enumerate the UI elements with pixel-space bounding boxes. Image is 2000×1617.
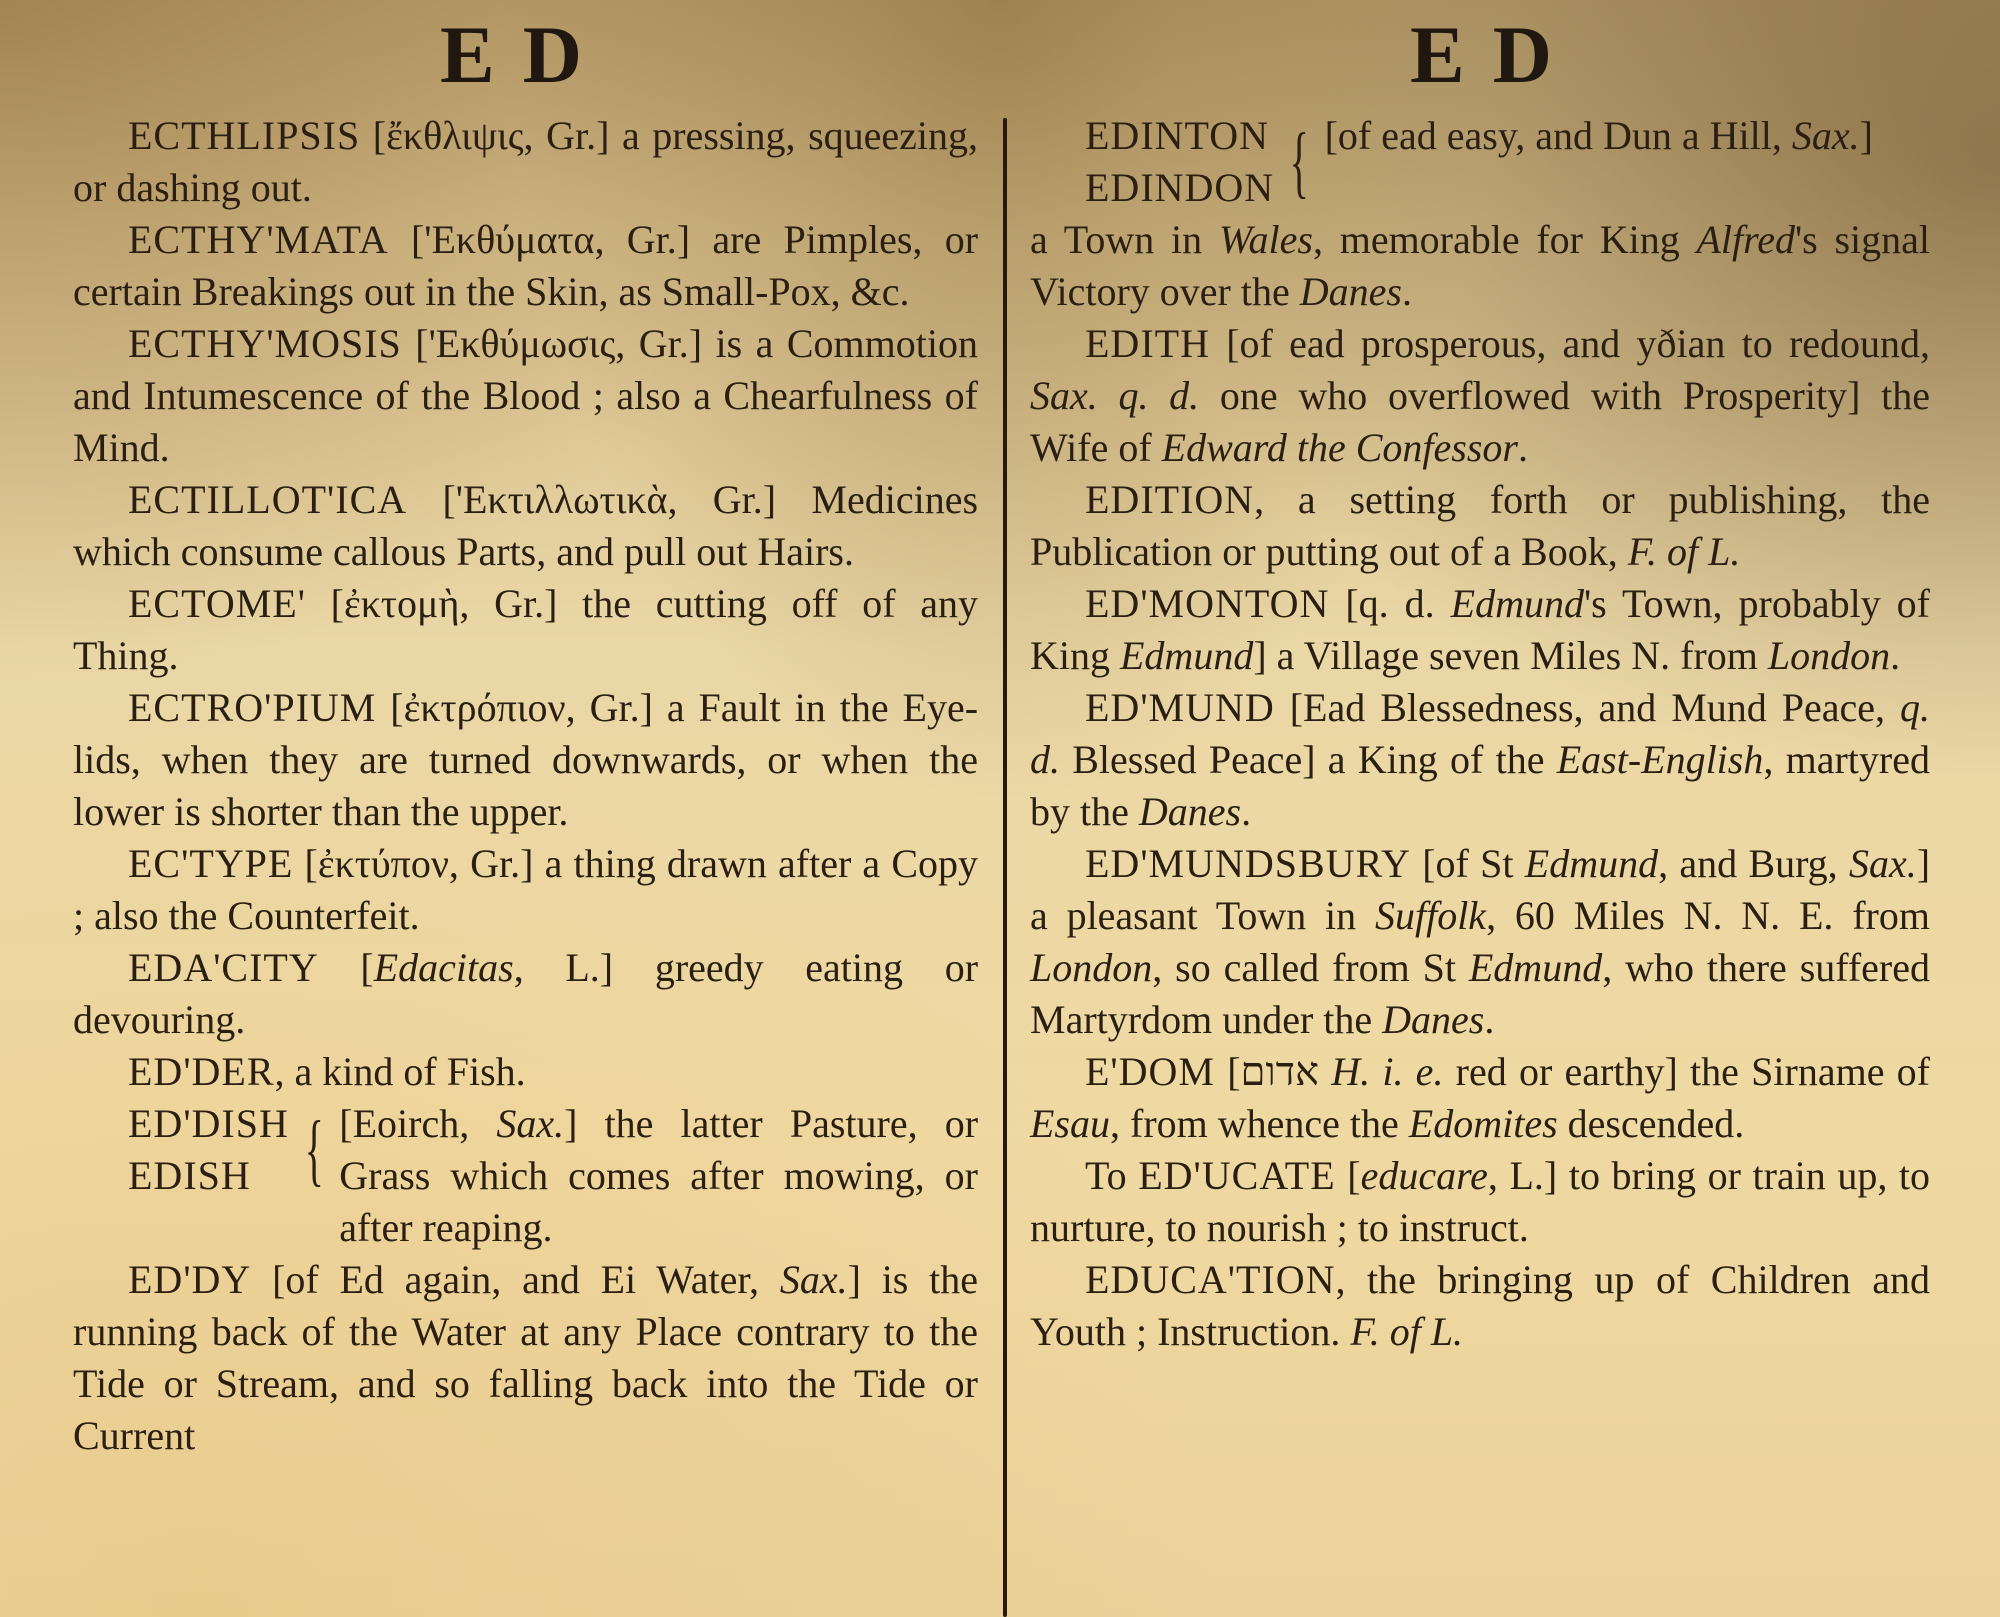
entry-body: [Eoirch, Sax.] the latter Pasture, or Gr…: [339, 1098, 978, 1254]
headword-group: EDINTON EDINDON: [1030, 110, 1274, 214]
headword: ED'UCATE: [1138, 1153, 1335, 1198]
headword: ECTHLIPSIS: [128, 113, 360, 158]
headword: EDINTON: [1085, 110, 1274, 162]
etymology-open: [: [1347, 1153, 1360, 1198]
definition: ] a Village seven Miles N. from: [1253, 633, 1768, 678]
people-name: East-English: [1557, 737, 1764, 782]
headword-prefix: To: [1085, 1153, 1127, 1198]
entry-body: [of ead easy, and Dun a Hill, Sax.]: [1325, 110, 1930, 214]
person-name: Esau: [1030, 1101, 1110, 1146]
headword: ED'MUNDSBURY: [1085, 841, 1411, 886]
etymology-open: [of ead prosperous, and yðian to redound…: [1226, 321, 1930, 366]
definition: , memorable for King: [1313, 217, 1696, 262]
punctuation: .: [1890, 633, 1900, 678]
entry-edinton: EDINTON EDINDON { [of ead easy, and Dun …: [1030, 110, 1930, 214]
headword: ECTILLOT'ICA: [128, 477, 407, 522]
etymology-lang: Sax. q. d.: [1030, 373, 1199, 418]
right-running-header: ED: [1410, 8, 1580, 102]
etymology-hebrew: [אדום: [1227, 1049, 1331, 1094]
headword: ED'DISH: [128, 1098, 289, 1150]
etymology-close: ]: [848, 1257, 861, 1302]
definition: the Sirname of: [1678, 1049, 1930, 1094]
definition: , so called from St: [1152, 945, 1469, 990]
people-name: Danes: [1300, 269, 1402, 314]
punctuation: .: [1484, 997, 1494, 1042]
definition: a Town in: [1030, 217, 1219, 262]
person-name: Edmund: [1525, 841, 1658, 886]
punctuation: .: [1402, 269, 1412, 314]
etymology-lang: Sax.: [780, 1257, 848, 1302]
headword-group: ED'DISH EDISH: [73, 1098, 289, 1254]
source-note: F. of L.: [1628, 529, 1741, 574]
person-name: Edmund: [1120, 633, 1253, 678]
brace-icon: {: [1290, 110, 1309, 214]
entry-edmonton: ED'MONTON [q. d. Edmund's Town, probably…: [1030, 578, 1930, 682]
etymology: [ἐκτύπον, Gr.]: [305, 841, 534, 886]
column-divider: [1003, 118, 1007, 1617]
etymology-open: [of Ed again, and Ei Water,: [272, 1257, 759, 1302]
etymology-open: [Eoirch,: [339, 1101, 496, 1146]
headword: E'DOM: [1085, 1049, 1215, 1094]
etymology-lang: Sax.: [496, 1101, 564, 1146]
etymology: [ἔκθλιψις, Gr.]: [373, 113, 610, 158]
entry-ectillotica: ECTILLOT'ICA ['Εκτιλλωτικὰ, Gr.] Medicin…: [73, 474, 978, 578]
entry-ectype: EC'TYPE [ἐκτύπον, Gr.] a thing drawn aft…: [73, 838, 978, 942]
people-name: Danes: [1139, 789, 1241, 834]
entry-edacity: EDA'CITY [Edacitas, L.] greedy eating or…: [73, 942, 978, 1046]
etymology-open: [q. d.: [1345, 581, 1450, 626]
entry-eddish: ED'DISH EDISH { [Eoirch, Sax.] the latte…: [73, 1098, 978, 1254]
etymology-close: ]: [1860, 113, 1873, 158]
person-name: Edmund: [1469, 945, 1602, 990]
headword: ECTHY'MATA: [128, 217, 389, 262]
definition: a pleasant Town in: [1030, 893, 1375, 938]
etymology: ['Εκτιλλωτικὰ, Gr.]: [442, 477, 776, 522]
entry-edom: E'DOM [אדום H. i. e. red or earthy] the …: [1030, 1046, 1930, 1150]
etymology-close: , L.]: [1488, 1153, 1557, 1198]
entry-edder: ED'DER, a kind of Fish.: [73, 1046, 978, 1098]
entry-edition: EDITION, a setting forth or publishing, …: [1030, 474, 1930, 578]
headword: ECTRO'PIUM: [128, 685, 376, 730]
etymology-close: ]: [564, 1101, 577, 1146]
headword: ECTOME': [128, 581, 306, 626]
etymology-close: , L.]: [514, 945, 613, 990]
headword: EDUCA'TION: [1085, 1257, 1336, 1302]
entry-ecthlipsis: ECTHLIPSIS [ἔκθλιψις, Gr.] a pressing, s…: [73, 110, 978, 214]
brace-icon: {: [304, 1098, 323, 1254]
headword: ED'MUND: [1085, 685, 1275, 730]
punctuation: .: [1518, 425, 1528, 470]
etymology-abbrev: H. i. e.: [1331, 1049, 1443, 1094]
headword: EDITH: [1085, 321, 1210, 366]
headword: ED'DER: [128, 1049, 275, 1094]
etymology-name: Edmund: [1451, 581, 1584, 626]
headword: ED'DY: [128, 1257, 251, 1302]
entry-edith: EDITH [of ead prosperous, and yðian to r…: [1030, 318, 1930, 474]
etymology: ['Εκθύμωσις, Gr.]: [415, 321, 702, 366]
etymology-close: Blessed Peace]: [1060, 737, 1316, 782]
etymology-close: one who overflowed with Prosperity]: [1199, 373, 1860, 418]
definition: , from whence the: [1110, 1101, 1409, 1146]
etymology-open: [Ead Blessedness, and Mund Peace,: [1290, 685, 1900, 730]
person-name: Alfred: [1696, 217, 1795, 262]
headword: ED'MONTON: [1085, 581, 1329, 626]
definition: , a kind of Fish.: [275, 1049, 526, 1094]
etymology-open: [of ead easy, and Dun a Hill,: [1325, 113, 1792, 158]
headword: ECTHY'MOSIS: [128, 321, 402, 366]
entry-ecthymosis: ECTHY'MOSIS ['Εκθύμωσις, Gr.] is a Commo…: [73, 318, 978, 474]
headword-variant: EDINDON: [1085, 162, 1274, 214]
entry-edmundsbury: ED'MUNDSBURY [of St Edmund, and Burg, Sa…: [1030, 838, 1930, 1046]
etymology: ['Εκθύματα, Gr.]: [411, 217, 690, 262]
left-running-header: ED: [440, 8, 610, 102]
right-column: EDINTON EDINDON { [of ead easy, and Dun …: [1030, 110, 1930, 1358]
definition: descended.: [1558, 1101, 1745, 1146]
etymology: [ἐκτρόπιον, Gr.]: [390, 685, 653, 730]
entry-ectropium: ECTRO'PIUM [ἐκτρόπιον, Gr.] a Fault in t…: [73, 682, 978, 838]
place-name: Wales: [1219, 217, 1313, 262]
etymology-latin: Edacitas: [374, 945, 514, 990]
dictionary-page: ED ED ECTHLIPSIS [ἔκθλιψις, Gr.] a press…: [0, 0, 2000, 1617]
definition: a King of the: [1316, 737, 1557, 782]
place-name: London: [1768, 633, 1890, 678]
headword: EDITION: [1085, 477, 1254, 522]
headword: EDA'CITY: [128, 945, 319, 990]
etymology-text: , and Burg,: [1658, 841, 1849, 886]
left-column: ECTHLIPSIS [ἔκθλιψις, Gr.] a pressing, s…: [73, 110, 978, 1462]
etymology-lang: Sax.: [1849, 841, 1917, 886]
etymology-open: [: [360, 945, 373, 990]
headword: EC'TYPE: [128, 841, 293, 886]
etymology-lang: Sax.: [1792, 113, 1860, 158]
entry-ectome: ECTOME' [ἐκτομὴ, Gr.] the cutting off of…: [73, 578, 978, 682]
etymology-latin: educare: [1361, 1153, 1488, 1198]
entry-edinton-definition: a Town in Wales, memorable for King Alfr…: [1030, 214, 1930, 318]
etymology-close: ]: [1917, 841, 1930, 886]
etymology-close: red or earthy]: [1443, 1049, 1677, 1094]
entry-edmund: ED'MUND [Ead Blessedness, and Mund Peace…: [1030, 682, 1930, 838]
headword-variant: EDISH: [128, 1150, 289, 1202]
definition: , 60 Miles N. N. E. from: [1486, 893, 1930, 938]
people-name: Danes: [1382, 997, 1484, 1042]
punctuation: .: [1241, 789, 1251, 834]
etymology-open: [of St: [1422, 841, 1525, 886]
entry-education: EDUCA'TION, the bringing up of Children …: [1030, 1254, 1930, 1358]
place-name: Suffolk: [1375, 893, 1486, 938]
place-name: London: [1030, 945, 1152, 990]
entry-ecthymata: ECTHY'MATA ['Εκθύματα, Gr.] are Pimples,…: [73, 214, 978, 318]
etymology: [ἐκτομὴ, Gr.]: [331, 581, 558, 626]
person-name: Edward the Confessor: [1162, 425, 1518, 470]
people-name: Edomites: [1409, 1101, 1558, 1146]
entry-eddy: ED'DY [of Ed again, and Ei Water, Sax.] …: [73, 1254, 978, 1462]
source-note: F. of L.: [1350, 1309, 1463, 1354]
entry-educate: To ED'UCATE [educare, L.] to bring or tr…: [1030, 1150, 1930, 1254]
